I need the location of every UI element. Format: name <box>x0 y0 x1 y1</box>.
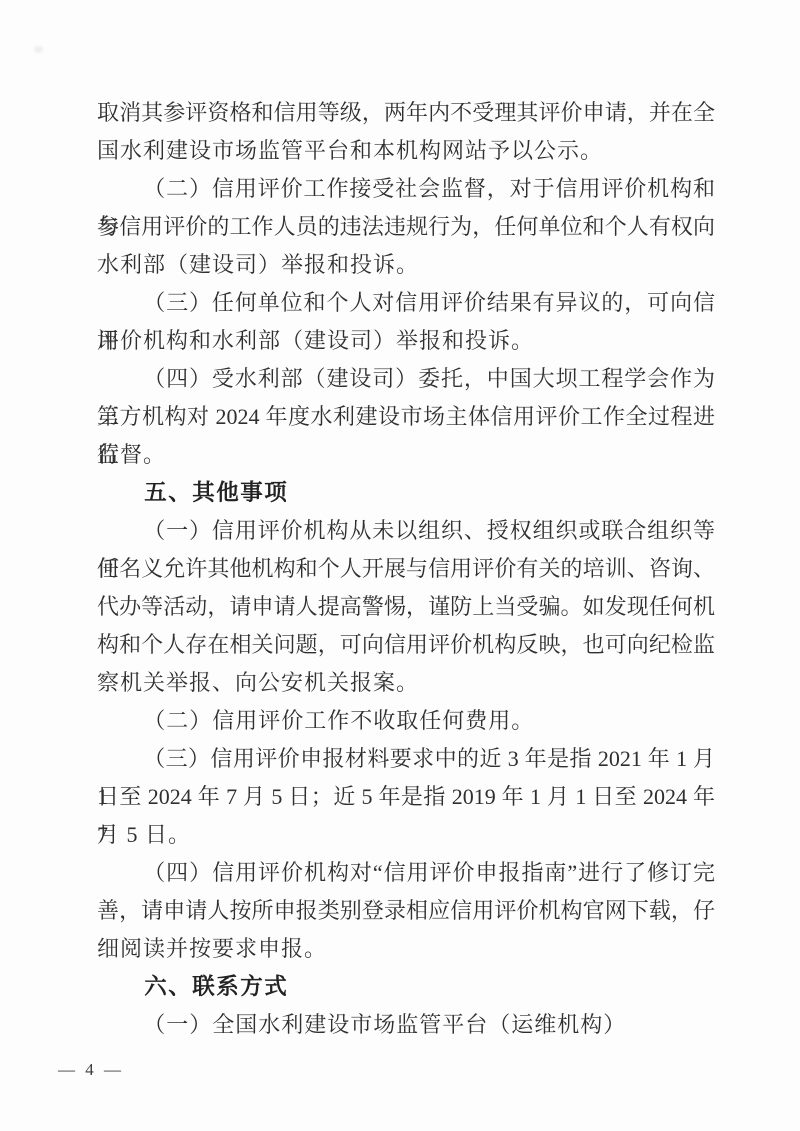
text-line: （一）信用评价机构从未以组织、授权组织或联合组织等任 <box>97 512 715 550</box>
text-line: 评价机构和水利部（建设司）举报和投诉。 <box>97 322 715 360</box>
text-line: 与信用评价的工作人员的违法违规行为，任何单位和个人有权向 <box>97 208 715 246</box>
text-line: （三）任何单位和个人对信用评价结果有异议的，可向信用 <box>97 284 715 322</box>
scan-artifact <box>34 46 43 53</box>
text-line: （一）全国水利建设市场监管平台（运维机构） <box>97 1006 715 1044</box>
text-line: 水利部（建设司）举报和投诉。 <box>97 246 715 284</box>
scanned-document-page: 取消其参评资格和信用等级，两年内不受理其评价申请，并在全 国水利建设市场监管平台… <box>0 0 800 1131</box>
text-line: 监督。 <box>97 436 715 474</box>
text-line: 月 5 日。 <box>97 816 715 854</box>
text-line: 何名义允许其他机构和个人开展与信用评价有关的培训、咨询、 <box>97 550 715 588</box>
page-number: — 4 — <box>58 1060 124 1080</box>
document-body: 取消其参评资格和信用等级，两年内不受理其评价申请，并在全 国水利建设市场监管平台… <box>97 94 715 1044</box>
text-line: 三方机构对 2024 年度水利建设市场主体信用评价工作全过程进行 <box>97 398 715 436</box>
text-line: 国水利建设市场监管平台和本机构网站予以公示。 <box>97 132 715 170</box>
text-line: 取消其参评资格和信用等级，两年内不受理其评价申请，并在全 <box>97 94 715 132</box>
section-heading: 六、联系方式 <box>97 968 715 1006</box>
text-line: 善，请申请人按所申报类别登录相应信用评价机构官网下载，仔 <box>97 892 715 930</box>
text-line: 日至 2024 年 7 月 5 日；近 5 年是指 2019 年 1 月 1 日… <box>97 778 715 816</box>
text-line: 细阅读并按要求申报。 <box>97 930 715 968</box>
text-line: （三）信用评价申报材料要求中的近 3 年是指 2021 年 1 月 1 <box>97 740 715 778</box>
text-line: 代办等活动，请申请人提高警惕，谨防上当受骗。如发现任何机 <box>97 588 715 626</box>
text-line: 察机关举报、向公安机关报案。 <box>97 664 715 702</box>
text-line: （二）信用评价工作不收取任何费用。 <box>97 702 715 740</box>
text-line: （二）信用评价工作接受社会监督，对于信用评价机构和参 <box>97 170 715 208</box>
text-line: （四）受水利部（建设司）委托，中国大坝工程学会作为第 <box>97 360 715 398</box>
text-line: （四）信用评价机构对“信用评价申报指南”进行了修订完 <box>97 854 715 892</box>
text-line: 构和个人存在相关问题，可向信用评价机构反映，也可向纪检监 <box>97 626 715 664</box>
section-heading: 五、其他事项 <box>97 474 715 512</box>
